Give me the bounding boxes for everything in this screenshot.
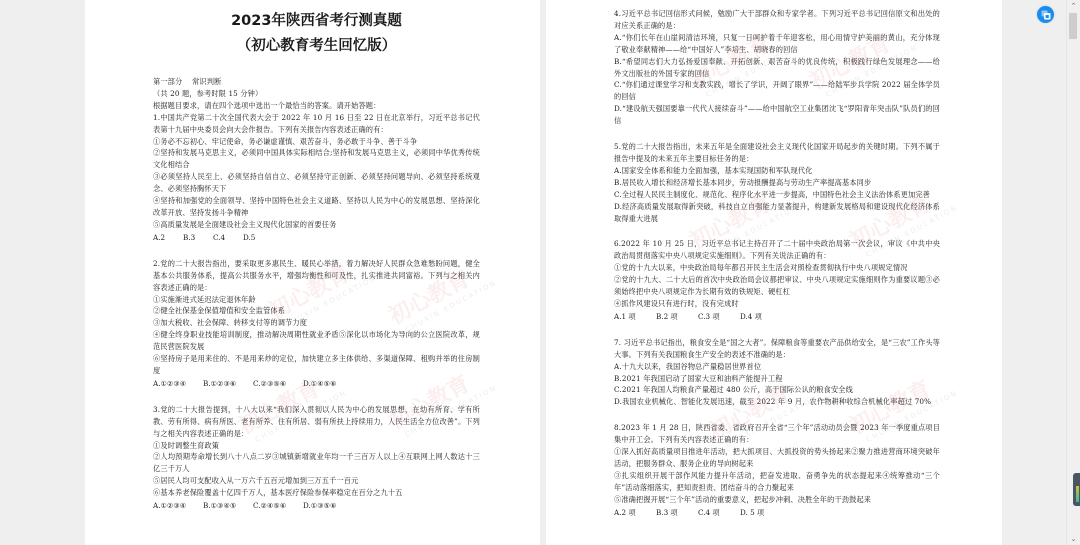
- option-d: D.①③⑤⑥: [303, 500, 353, 512]
- question-stem: 2.党的二十大报告指出，要采取更多惠民生、暖民心举措，着力解决好人民群众急难愁盼…: [153, 258, 480, 294]
- statement: ③扎实组织开展干部作风能力提升年活动，把奋发进取、奋勇争先的状态提起来④统筹推动…: [614, 470, 940, 494]
- window-switch-icon: [1041, 10, 1051, 20]
- scroll-down-button[interactable]: ⌄: [1067, 534, 1080, 544]
- option-b: B.“希望同志们大力弘扬爱国奉献、开拓创新、艰苦奋斗的优良传统，积极践行绿色发展…: [614, 56, 940, 80]
- question-stem: 7. 习近平总书记指出，粮食安全是“国之大者”。保障粮食等重要农产品供给安全，是…: [614, 337, 940, 361]
- option-a: A.十九大以来，我国谷物总产量稳居世界首位: [614, 361, 940, 373]
- chevron-down-icon: ⌄: [1071, 535, 1077, 543]
- statement: ④抓作风建设只有进行时，没有完成时: [614, 298, 940, 310]
- option-a: A.2 项: [614, 507, 656, 519]
- question-3: 3.党的二十大报告提到，十八大以来“我们深入贯彻以人民为中心的发展思想，在幼有所…: [153, 404, 480, 512]
- statement: ②健全社保基金保值增值和安全监管体系: [153, 305, 480, 317]
- option-c: C.②③⑤⑥: [253, 378, 303, 390]
- statement: ①务必不忘初心、牢记使命，务必谦虚谨慎、艰苦奋斗，务必敢于斗争、善于斗争: [153, 136, 480, 148]
- statement: ②坚持和发展马克思主义，必须同中国具体实际相结合;坚持和发展马克思主义，必须同中…: [153, 147, 480, 171]
- document-page-2: 4.习近平总书记回信形式问候，勉励广大干部群众和专家学者。下列习近平总书记回信原…: [546, 0, 1002, 545]
- question-5: 5.党的二十大报告指出，未来五年是全面建设社会主义现代化国家开局起步的关键时期。…: [614, 141, 940, 224]
- statement: ⑤高质量发展是全面建设社会主义现代化国家的首要任务: [153, 219, 480, 231]
- question-stem: 4.习近平总书记回信形式问候，勉励广大干部群众和专家学者。下列习近平总书记回信原…: [614, 8, 940, 32]
- question-stem: 3.党的二十大报告提到，十八大以来“我们深入贯彻以人民为中心的发展思想，在幼有所…: [153, 404, 480, 440]
- section-meta: （共 20 题，参考时限 15 分钟）: [153, 88, 480, 100]
- statement: ①实施渐进式延迟法定退休年龄: [153, 294, 480, 306]
- option-d: D.4 项: [740, 311, 782, 323]
- scroll-up-button[interactable]: ⌃: [1067, 1, 1080, 11]
- statement: ③必须坚持人民至上、必须坚持自信自立、必须坚持守正创新、必须坚持问题导向、必须坚…: [153, 171, 480, 195]
- floating-window-button[interactable]: [1037, 6, 1054, 23]
- question-7: 7. 习近平总书记指出，粮食安全是“国之大者”。保障粮食等重要农产品供给安全，是…: [614, 337, 940, 408]
- option-b: B.①②③⑥: [203, 378, 253, 390]
- option-d: D.“建设航天强国要靠一代代人接续奋斗”——给中国航空工业集团沈飞“罗阳青年突击…: [614, 103, 940, 127]
- section-heading: 第一部分 常识判断: [153, 76, 480, 88]
- statement: ④坚持和加强党的全面领导、坚持中国特色社会主义道路、坚持以人民为中心的发展思想、…: [153, 195, 480, 219]
- option-c: C.4: [213, 232, 243, 244]
- statement: ②人均预期寿命增长到八十八点二岁③城镇新增就业年均一千三百万人以上④互联网上网人…: [153, 451, 480, 475]
- option-a: A.2: [153, 232, 183, 244]
- answer-options: A.1 项 B.2 项 C.3 项 D.4 项: [614, 311, 940, 323]
- option-a: A.“你们长年在山崖间清洁环境，只复一日呵护着千年迎客松，用心用情守护美丽的黄山…: [614, 32, 940, 56]
- option-a: A.国家安全体系和能力全面加强，基本实现国防和军队现代化: [614, 165, 940, 177]
- meter-icon: [1076, 486, 1079, 502]
- option-b: B.3: [183, 232, 213, 244]
- option-c: C.3 项: [698, 311, 740, 323]
- question-1: 1.中国共产党第二十次全国代表大会于 2022 年 10 月 16 日至 22 …: [153, 112, 480, 244]
- option-d: D.经济高质量发展取得新突破，科技自立自强能力显著提升，构建新发展格局和建设现代…: [614, 201, 940, 225]
- answer-options: A.①②③④ B.①②③⑥ C.②③⑤⑥ D.①④⑤⑥: [153, 378, 480, 390]
- option-c: C.“你们通过课堂学习和支教实践，增长了学识，开阔了眼界”——给陆军步兵学院 2…: [614, 79, 940, 103]
- statement: ①党的十九大以来，中央政治局每年都召开民主生活会对照检查贯彻执行中央八项规定情况: [614, 262, 940, 274]
- option-b: B.3 项: [656, 507, 698, 519]
- question-stem: 5.党的二十大报告指出，未来五年是全面建设社会主义现代化国家开局起步的关键时期。…: [614, 141, 940, 165]
- statement: ①及时调整生育政策: [153, 440, 480, 452]
- question-8: 8.2023 年 1 月 28 日，陕西省委、省政府召开全省“三个年”活动动员会…: [614, 422, 940, 518]
- question-stem: 6.2022 年 10 月 25 日，习近平总书记主持召开了二十届中央政治局第一…: [614, 238, 940, 262]
- option-b: B.2021 年我国启动了国家大豆和油料产能提升工程: [614, 373, 940, 385]
- statement: ①深入抓好高质量项目推进年活动，把大抓项目、大抓投资的势头扬起来②聚力推进营商环…: [614, 446, 940, 470]
- answer-options: A.①②③④ B.①③④⑤ C.②④⑤⑥ D.①③⑤⑥: [153, 500, 480, 512]
- option-b: B.①③④⑤: [203, 500, 253, 512]
- option-a: A.1 项: [614, 311, 656, 323]
- scrollbar-thumb[interactable]: [1069, 13, 1077, 39]
- option-d: D. 5 项: [740, 507, 782, 519]
- statement: ⑤居民人均可支配收入从一万六千五百元增加到三万五千一百元: [153, 475, 480, 487]
- option-a: A.①②③④: [153, 378, 203, 390]
- chevron-up-icon: ⌃: [1071, 2, 1077, 10]
- page-subtitle: （初心教育考生回忆版）: [153, 35, 480, 58]
- option-c: C.②④⑤⑥: [253, 500, 303, 512]
- option-d: D.5: [243, 232, 273, 244]
- answer-options: A.2 项 B.3 项 C.4 项 D. 5 项: [614, 507, 940, 519]
- document-page-1: 2023年陕西省考行测真题 （初心教育考生回忆版） 第一部分 常识判断 （共 2…: [85, 0, 540, 545]
- question-4: 4.习近平总书记回信形式问候，勉励广大干部群众和专家学者。下列习近平总书记回信原…: [614, 8, 940, 127]
- page-title: 2023年陕西省考行测真题: [153, 10, 480, 33]
- statement: ④健全终身职业技能培训制度，推动解决周期性就业矛盾⑤深化以市场化为导向的公立医院…: [153, 329, 480, 353]
- option-c: C.全过程人民民主制度化、规范化、程序化水平进一步提高，中国特色社会主义法治体系…: [614, 189, 940, 201]
- statement: ③加大税收、社会保障、转移支付等的调节力度: [153, 317, 480, 329]
- option-b: B.居民收入增长和经济增长基本同步，劳动报酬提高与劳动生产率提高基本同步: [614, 177, 940, 189]
- option-d: D.①④⑤⑥: [303, 378, 353, 390]
- option-d: D.我国农业机械化、智能化发展迅速，截至 2022 年 9 月，农作物耕种收综合…: [614, 396, 940, 408]
- answer-options: A.2 B.3 C.4 D.5: [153, 232, 480, 244]
- question-6: 6.2022 年 10 月 25 日，习近平总书记主持召开了二十届中央政治局第一…: [614, 238, 940, 322]
- statement: ⑥坚持房子是用来住的、不是用来炒的定位，加快建立多主体供给、多渠道保障、租购并举…: [153, 353, 480, 377]
- statement: ②党的十九大、二十大后的首次中央政治局会议都把审议、中央八项规定实施细则作为重要…: [614, 274, 940, 298]
- question-stem: 8.2023 年 1 月 28 日，陕西省委、省政府召开全省“三个年”活动动员会…: [614, 422, 940, 446]
- instructions: 根据题目要求，请在四个选项中选出一个最恰当的答案。请开始答题：: [153, 100, 480, 112]
- option-c: C.4 项: [698, 507, 740, 519]
- option-a: A.①②③④: [153, 500, 203, 512]
- vertical-scrollbar[interactable]: ⌃ ⌄: [1066, 0, 1080, 545]
- statement: ⑤准确把握开展“三个年”活动的重要意义，把起步冲刺、决胜全年的干劲鼓起来: [614, 494, 940, 506]
- question-stem: 1.中国共产党第二十次全国代表大会于 2022 年 10 月 16 日至 22 …: [153, 112, 480, 136]
- question-2: 2.党的二十大报告指出，要采取更多惠民生、暖民心举措，着力解决好人民群众急难愁盼…: [153, 258, 480, 390]
- option-b: B.2 项: [656, 311, 698, 323]
- option-c: C.2021 年我国人均粮食产量超过 480 公斤，高于国际公认的粮食安全线: [614, 384, 940, 396]
- statement: ⑥基本养老保险覆盖十亿四千万人，基本医疗保险参保率稳定在百分之九十五: [153, 487, 480, 499]
- side-widget-tab[interactable]: [1073, 473, 1080, 506]
- document-viewer[interactable]: 2023年陕西省考行测真题 （初心教育考生回忆版） 第一部分 常识判断 （共 2…: [0, 0, 1066, 545]
